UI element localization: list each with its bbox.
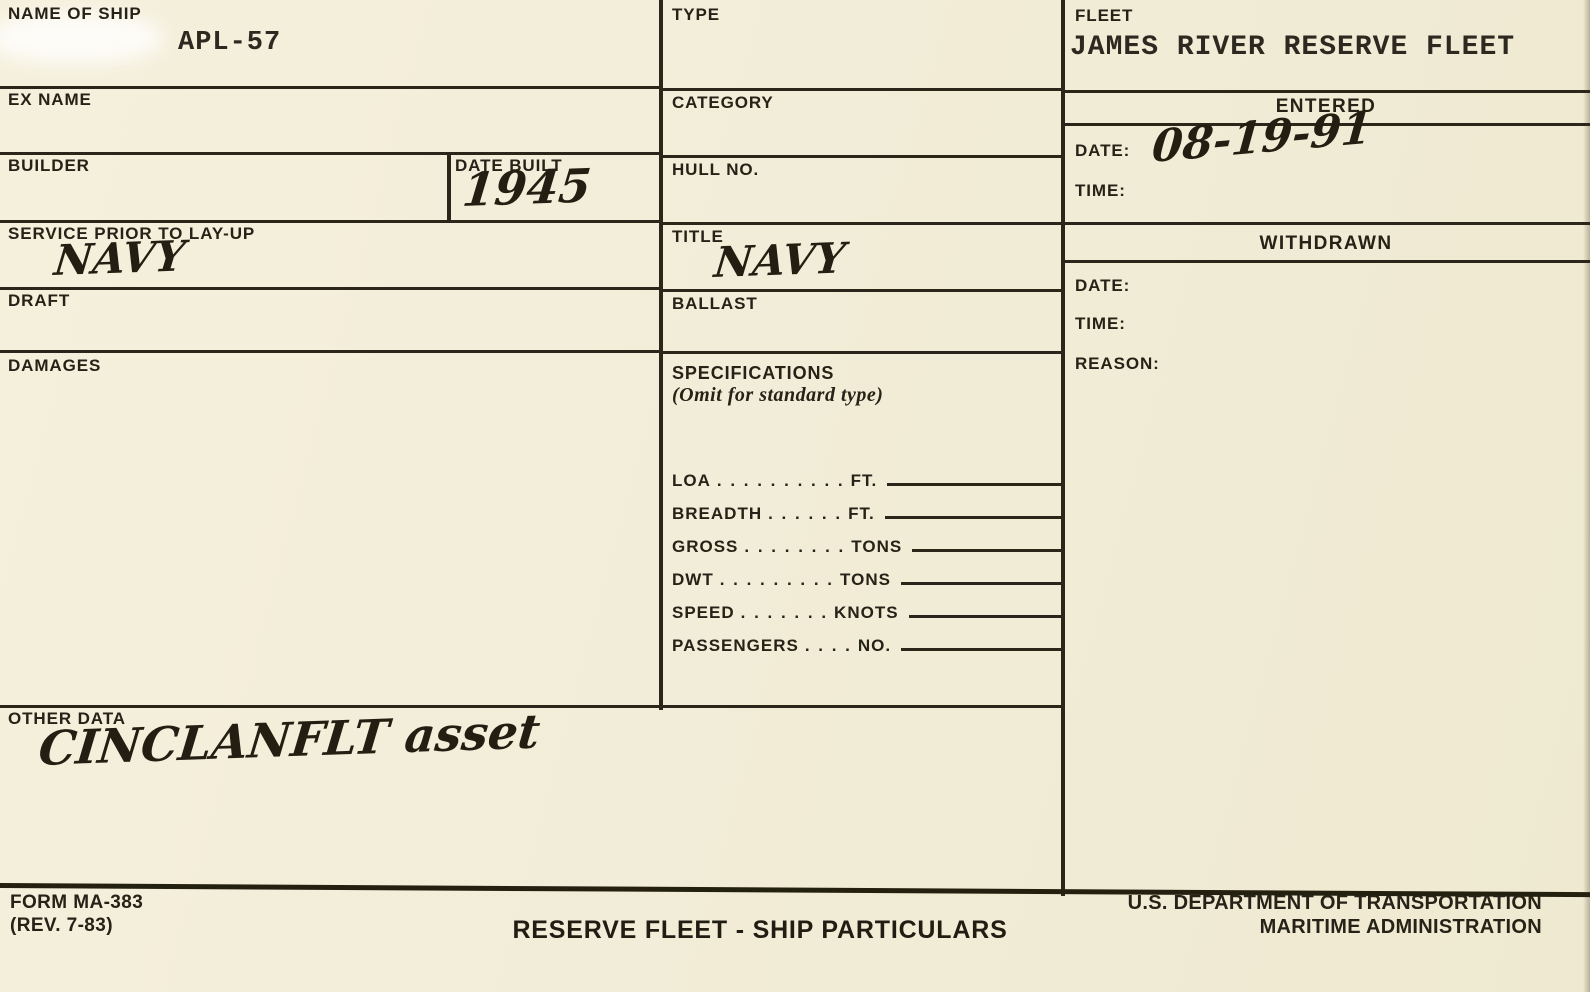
ballast-label: BALLAST: [672, 294, 758, 314]
service-prior-handwritten-value: NAVY: [52, 231, 188, 285]
dotted-leader: . . . . . . .: [741, 603, 828, 623]
agency-name: U.S. DEPARTMENT OF TRANSPORTATION MARITI…: [1128, 891, 1542, 939]
spec-name: GROSS: [672, 537, 738, 557]
hull-no-label: HULL NO.: [672, 160, 759, 180]
scan-edge-shadow: [1583, 0, 1590, 992]
spec-unit: NO.: [858, 636, 891, 656]
type-label: TYPE: [672, 5, 720, 25]
spec-name: BREADTH: [672, 504, 762, 524]
spec-row-speed: SPEED . . . . . . . KNOTS: [672, 590, 1064, 623]
fleet-value: JAMES RIVER RESERVE FLEET: [1070, 32, 1515, 63]
spec-row-gross: GROSS . . . . . . . . TONS: [672, 524, 1064, 557]
spec-unit: FT.: [848, 504, 875, 524]
dotted-leader: . . . . . . . . . .: [717, 471, 845, 491]
grid-line: [0, 86, 663, 89]
withdrawn-reason-label: REASON:: [1075, 354, 1160, 374]
dotted-leader: . . . .: [805, 636, 852, 656]
dotted-leader: . . . . . .: [768, 504, 842, 524]
spec-unit: TONS: [840, 570, 891, 590]
blank-fill-line: [909, 615, 1064, 618]
entered-date-label: DATE:: [1075, 141, 1130, 161]
spec-row-dwt: DWT . . . . . . . . . TONS: [672, 557, 1064, 590]
grid-line: [660, 222, 1065, 225]
grid-line: [659, 0, 663, 710]
grid-line: [0, 350, 663, 353]
grid-line: [1062, 260, 1590, 263]
grid-line: [660, 88, 1065, 91]
withdrawn-section-header: WITHDRAWN: [1062, 233, 1590, 255]
name-of-ship-label: NAME OF SHIP: [8, 4, 142, 24]
spec-unit: KNOTS: [834, 603, 899, 623]
grid-line: [0, 152, 663, 155]
spec-name: SPEED: [672, 603, 735, 623]
blank-fill-line: [901, 582, 1064, 585]
builder-label: BUILDER: [8, 156, 90, 176]
form-number: FORM MA-383 (REV. 7-83): [10, 891, 143, 937]
form-title: RESERVE FLEET - SHIP PARTICULARS: [500, 916, 1020, 945]
spec-name: DWT: [672, 570, 714, 590]
blank-fill-line: [887, 483, 1064, 486]
grid-line: [660, 155, 1065, 158]
form-code: MA-383: [73, 892, 143, 913]
grid-line: [447, 152, 451, 220]
ship-particulars-card: NAME OF SHIP APL-57 EX NAME BUILDER DATE…: [0, 0, 1590, 992]
damages-label: DAMAGES: [8, 356, 101, 376]
specifications-note: (Omit for standard type): [672, 384, 883, 407]
grid-line: [660, 289, 1065, 292]
grid-line: [0, 220, 663, 223]
name-of-ship-value: APL-57: [178, 28, 281, 58]
blank-fill-line: [901, 648, 1064, 651]
form-revision: (REV. 7-83): [10, 914, 143, 937]
grid-line: [1062, 222, 1590, 225]
dotted-leader: . . . . . . . . .: [720, 570, 834, 590]
blank-fill-line: [912, 549, 1064, 552]
specifications-label: SPECIFICATIONS: [672, 363, 834, 384]
withdrawn-date-label: DATE:: [1075, 276, 1130, 296]
spec-name: PASSENGERS: [672, 636, 799, 656]
dotted-leader: . . . . . . . .: [744, 537, 845, 557]
fleet-label: FLEET: [1075, 6, 1133, 26]
ex-name-label: EX NAME: [8, 90, 92, 110]
specifications-list: LOA . . . . . . . . . . FT. BREADTH . . …: [672, 458, 1064, 656]
grid-line: [660, 351, 1065, 354]
grid-line: [1062, 90, 1590, 93]
spec-unit: TONS: [851, 537, 902, 557]
draft-label: DRAFT: [8, 291, 70, 311]
spec-row-loa: LOA . . . . . . . . . . FT.: [672, 458, 1064, 491]
spec-unit: FT.: [851, 471, 878, 491]
withdrawn-time-label: TIME:: [1075, 314, 1126, 334]
spec-name: LOA: [672, 471, 711, 491]
title-handwritten-value: NAVY: [712, 233, 848, 287]
entered-time-label: TIME:: [1075, 181, 1126, 201]
grid-line: [0, 287, 663, 290]
form-word: FORM: [10, 892, 68, 913]
date-built-handwritten-value: 1945: [460, 158, 594, 217]
spec-row-passengers: PASSENGERS . . . . NO.: [672, 623, 1064, 656]
agency-line-2: MARITIME ADMINISTRATION: [1128, 915, 1542, 939]
spec-row-breadth: BREADTH . . . . . . FT.: [672, 491, 1064, 524]
blank-fill-line: [885, 516, 1064, 519]
grid-line: [1061, 0, 1065, 896]
category-label: CATEGORY: [672, 93, 774, 113]
agency-line-1: U.S. DEPARTMENT OF TRANSPORTATION: [1128, 891, 1542, 915]
